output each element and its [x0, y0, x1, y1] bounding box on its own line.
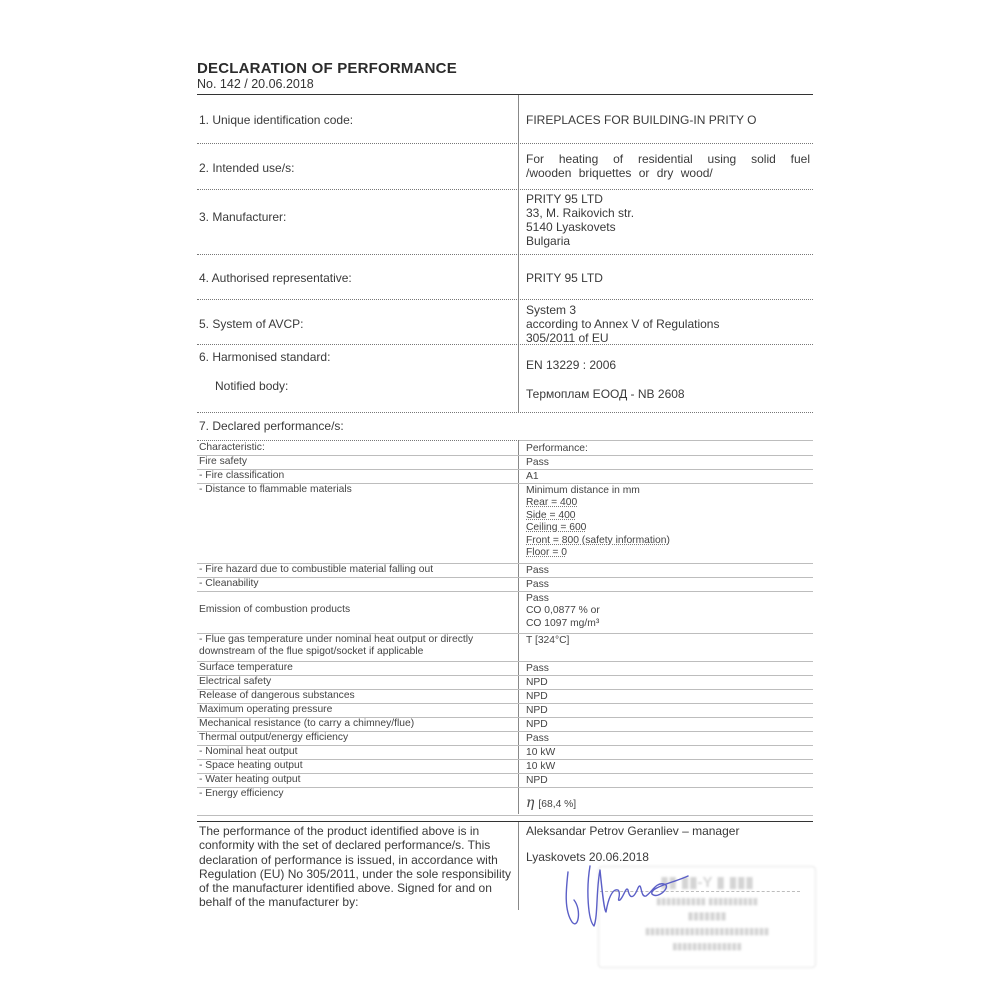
- performance-line: NPD: [526, 691, 810, 703]
- characteristic-cell: - Water heating output: [199, 774, 517, 786]
- eta-symbol: η: [526, 795, 534, 811]
- performance-cell: NPD: [526, 775, 810, 787]
- characteristic-cell: Mechanical resistance (to carry a chimne…: [199, 718, 517, 730]
- performance-cell: NPD: [526, 691, 810, 703]
- characteristic-cell: - Flue gas temperature under nominal hea…: [199, 634, 517, 659]
- performance-line: Side = 400: [526, 510, 810, 522]
- divider: [197, 815, 813, 816]
- performance-cell: 10 kW: [526, 761, 810, 773]
- divider: [197, 143, 813, 144]
- document-number: No. 142 / 20.06.2018: [197, 77, 314, 91]
- manufacturer-street: 33, M. Raikovich str.: [526, 206, 810, 220]
- divider: [197, 591, 813, 592]
- divider: [197, 94, 813, 95]
- performance-line: 10 kW: [526, 761, 810, 773]
- section-2-label: 2. Intended use/s:: [199, 161, 294, 175]
- characteristic-cell: Surface temperature: [199, 662, 517, 674]
- performance-cell: NPD: [526, 705, 810, 717]
- manufacturer-city: 5140 Lyaskovets: [526, 220, 810, 234]
- divider: [197, 440, 519, 441]
- header-performance: Performance:: [526, 443, 810, 455]
- avcp-system: System 3: [526, 303, 810, 317]
- characteristic-cell: Fire safety: [199, 456, 517, 468]
- performance-line: T [324°C]: [526, 635, 810, 647]
- divider: [197, 254, 813, 255]
- performance-line: NPD: [526, 705, 810, 717]
- efficiency-value: [68,4 %]: [538, 799, 576, 810]
- characteristic-cell: - Space heating output: [199, 760, 517, 772]
- performance-line: CO 1097 mg/m³: [526, 618, 810, 630]
- section-3-value: PRITY 95 LTD 33, M. Raikovich str. 5140 …: [526, 192, 810, 248]
- section-4-value: PRITY 95 LTD: [526, 271, 810, 285]
- performance-line: Pass: [526, 593, 810, 605]
- characteristic-cell: - Distance to flammable materials: [199, 484, 517, 496]
- section-6-value: EN 13229 : 2006: [526, 358, 810, 372]
- characteristic-cell: Release of dangerous substances: [199, 690, 517, 702]
- performance-cell: 10 kW: [526, 747, 810, 759]
- performance-cell: PassCO 0,0877 % orCO 1097 mg/m³: [526, 593, 810, 630]
- performance-cell: Pass: [526, 579, 810, 591]
- divider: [197, 821, 813, 822]
- avcp-annex: according to Annex V of Regulations: [526, 317, 810, 331]
- performance-cell: Pass: [526, 663, 810, 675]
- divider: [519, 440, 813, 441]
- divider: [197, 344, 813, 345]
- performance-cell: Pass: [526, 457, 810, 469]
- section-1-value: FIREPLACES FOR BUILDING-IN PRITY O: [526, 113, 810, 127]
- performance-cell: Pass: [526, 565, 810, 577]
- performance-line: NPD: [526, 775, 810, 787]
- characteristic-cell: Thermal output/energy efficiency: [199, 732, 517, 744]
- performance-line: Front = 800 (safety information): [526, 535, 810, 547]
- characteristic-cell: Electrical safety: [199, 676, 517, 688]
- characteristic-cell: - Energy efficiency: [199, 788, 517, 800]
- performance-line: NPD: [526, 719, 810, 731]
- performance-line: NPD: [526, 677, 810, 689]
- performance-cell: T [324°C]: [526, 635, 810, 647]
- performance-cell: NPD: [526, 719, 810, 731]
- footer-column-divider: [518, 822, 519, 910]
- performance-line: Minimum distance in mm: [526, 485, 810, 497]
- divider: [197, 189, 813, 190]
- performance-cell: η[68,4 %]: [526, 797, 810, 811]
- performance-line: 10 kW: [526, 747, 810, 759]
- section-7-label: 7. Declared performance/s:: [199, 419, 344, 433]
- characteristic-cell: - Cleanability: [199, 578, 517, 590]
- performance-line: Rear = 400: [526, 497, 810, 509]
- performance-line: Ceiling = 600: [526, 522, 810, 534]
- document-title: DECLARATION OF PERFORMANCE: [197, 60, 457, 77]
- performance-line: CO 0,0877 % or: [526, 605, 810, 617]
- performance-line: Pass: [526, 565, 810, 577]
- performance-line: A1: [526, 471, 810, 483]
- manufacturer-country: Bulgaria: [526, 234, 810, 248]
- section-5-label: 5. System of AVCP:: [199, 317, 303, 331]
- performance-line: Pass: [526, 663, 810, 675]
- characteristic-cell: - Fire classification: [199, 470, 517, 482]
- performance-line: Pass: [526, 457, 810, 469]
- signatory-name: Aleksandar Petrov Geranliev – manager: [526, 824, 810, 838]
- characteristic-cell: - Fire hazard due to combustible materia…: [199, 564, 517, 576]
- performance-cell: Minimum distance in mmRear = 400Side = 4…: [526, 485, 810, 559]
- characteristic-cell: Emission of combustion products: [199, 604, 517, 616]
- manufacturer-name: PRITY 95 LTD: [526, 192, 810, 206]
- section-3-label: 3. Manufacturer:: [199, 210, 286, 224]
- characteristic-cell: Maximum operating pressure: [199, 704, 517, 716]
- performance-line: Pass: [526, 733, 810, 745]
- section-1-label: 1. Unique identification code:: [199, 113, 353, 127]
- divider: [197, 299, 813, 300]
- performance-cell: NPD: [526, 677, 810, 689]
- avcp-regulation: 305/2011 of EU: [526, 331, 810, 345]
- performance-line: Floor = 0: [526, 547, 810, 559]
- section-2-value: For heating of residential using solid f…: [526, 152, 810, 180]
- performance-line: Pass: [526, 579, 810, 591]
- notified-body-value: Термоплам ЕООД - NB 2608: [526, 387, 810, 401]
- section-6-label: 6. Harmonised standard:: [199, 350, 330, 364]
- header-characteristic: Characteristic:: [199, 442, 265, 454]
- signature-icon: [560, 860, 700, 940]
- notified-body-label: Notified body:: [215, 379, 288, 393]
- characteristic-cell: - Nominal heat output: [199, 746, 517, 758]
- performance-cell: A1: [526, 471, 810, 483]
- divider: [197, 412, 813, 413]
- section-4-label: 4. Authorised representative:: [199, 271, 352, 285]
- section-5-value: System 3 according to Annex V of Regulat…: [526, 303, 810, 345]
- conformity-statement: The performance of the product identifie…: [199, 824, 517, 910]
- performance-cell: Pass: [526, 733, 810, 745]
